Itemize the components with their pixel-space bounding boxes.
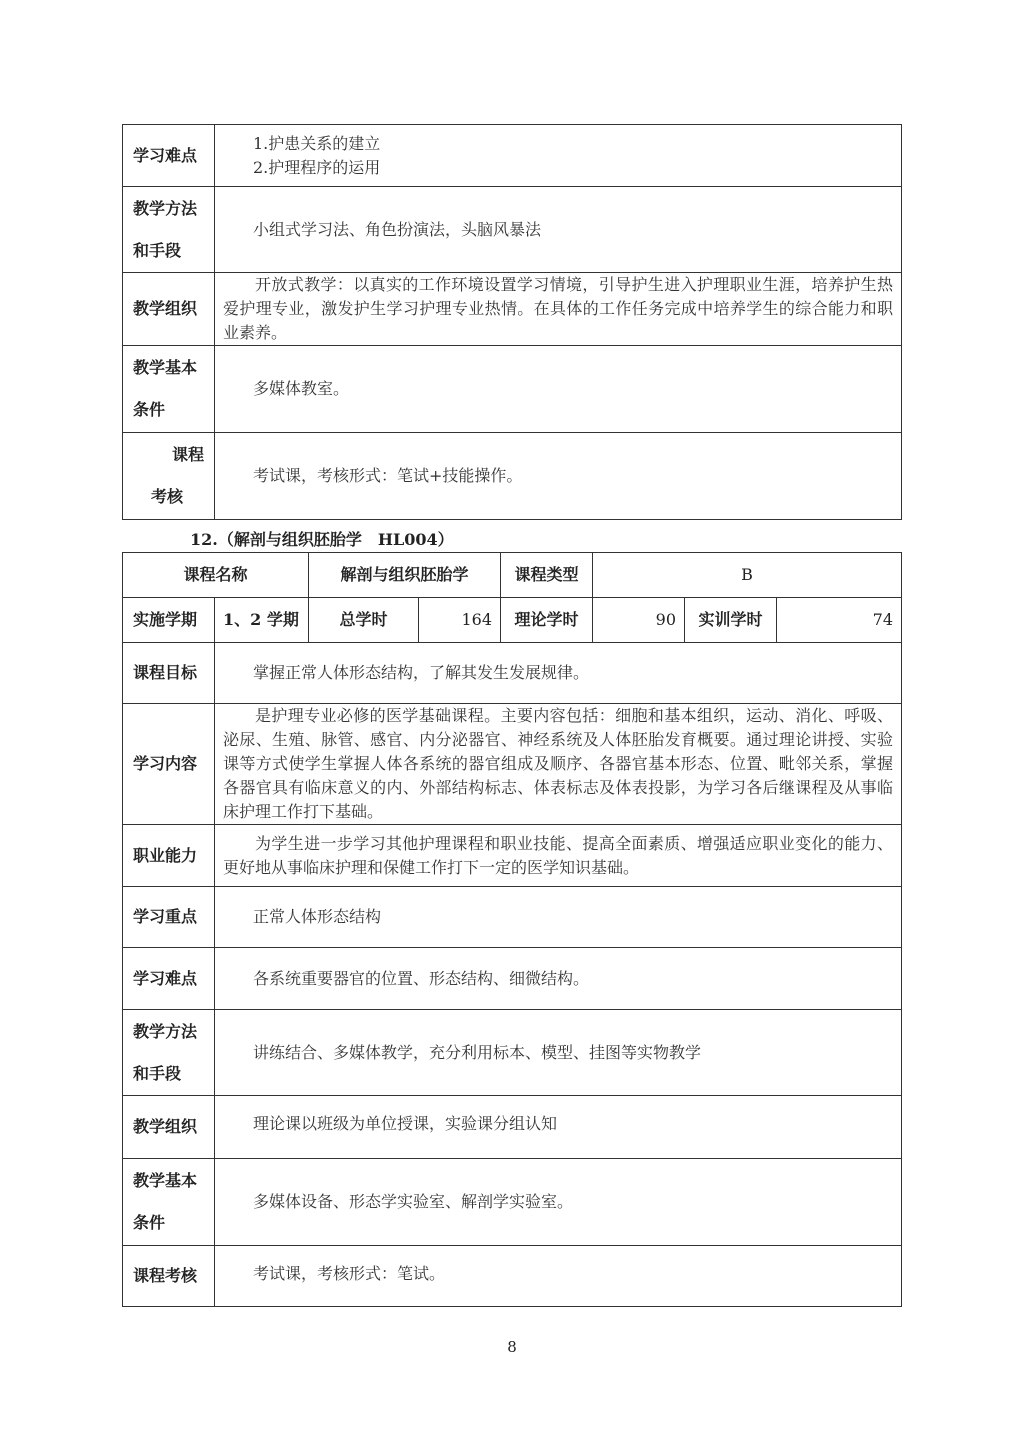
table-row: 教学基本 条件 多媒体教室。 (123, 346, 902, 433)
row-label: 课程 考核 (123, 433, 215, 520)
row-label: 教学基本 条件 (123, 1159, 215, 1246)
semester-value: 1、2 学期 (215, 598, 309, 643)
row-content: 考试课，考核形式：笔试+技能操作。 (215, 433, 902, 520)
course-type-label: 课程类型 (501, 553, 593, 598)
row-content: 1.护患关系的建立 2.护理程序的运用 (215, 125, 902, 187)
row-content: 正常人体形态结构 (215, 887, 902, 948)
row-content: 小组式学习法、角色扮演法，头脑风暴法 (215, 187, 902, 273)
table-row: 教学组织 理论课以班级为单位授课，实验课分组认知 (123, 1096, 902, 1159)
row-label: 课程目标 (123, 643, 215, 704)
row-content: 多媒体设备、形态学实验室、解剖学实验室。 (215, 1159, 902, 1246)
course-table-previous: 学习难点 1.护患关系的建立 2.护理程序的运用 教学方法 和手段 小组式学习法… (122, 124, 902, 520)
table-row: 职业能力 为学生进一步学习其他护理课程和职业技能、提高全面素质、增强适应职业变化… (123, 825, 902, 887)
row-content: 多媒体教室。 (215, 346, 902, 433)
row-label: 学习重点 (123, 887, 215, 948)
table-row: 学习重点 正常人体形态结构 (123, 887, 902, 948)
table-row-header: 课程名称 解剖与组织胚胎学 课程类型 B (123, 553, 902, 598)
row-label: 教学组织 (123, 273, 215, 346)
row-content: 各系统重要器官的位置、形态结构、细微结构。 (215, 948, 902, 1010)
table-row: 课程 考核 考试课，考核形式：笔试+技能操作。 (123, 433, 902, 520)
practice-hours-label: 实训学时 (685, 598, 777, 643)
total-hours-value: 164 (419, 598, 501, 643)
theory-hours-label: 理论学时 (501, 598, 593, 643)
row-label: 课程考核 (123, 1246, 215, 1307)
table-row: 教学方法 和手段 小组式学习法、角色扮演法，头脑风暴法 (123, 187, 902, 273)
row-content: 掌握正常人体形态结构，了解其发生发展规律。 (215, 643, 902, 704)
table-row: 教学组织 开放式教学：以真实的工作环境设置学习情境，引导护生进入护理职业生涯，培… (123, 273, 902, 346)
row-label: 教学组织 (123, 1096, 215, 1159)
table-row: 学习难点 1.护患关系的建立 2.护理程序的运用 (123, 125, 902, 187)
table-row: 教学基本 条件 多媒体设备、形态学实验室、解剖学实验室。 (123, 1159, 902, 1246)
theory-hours-value: 90 (593, 598, 685, 643)
row-label: 教学基本 条件 (123, 346, 215, 433)
course-table-anatomy: 课程名称 解剖与组织胚胎学 课程类型 B 实施学期 1、2 学期 总学时 164… (122, 552, 902, 1307)
row-content: 讲练结合、多媒体教学，充分利用标本、模型、挂图等实物教学 (215, 1010, 902, 1096)
row-label: 学习难点 (123, 948, 215, 1010)
table-row: 学习难点 各系统重要器官的位置、形态结构、细微结构。 (123, 948, 902, 1010)
page-number: 8 (0, 1338, 1024, 1356)
row-content: 考试课，考核形式：笔试。 (215, 1246, 902, 1307)
table-row: 学习内容 是护理专业必修的医学基础课程。主要内容包括：细胞和基本组织，运动、消化… (123, 704, 902, 825)
table-row: 教学方法 和手段 讲练结合、多媒体教学，充分利用标本、模型、挂图等实物教学 (123, 1010, 902, 1096)
section-heading: 12.（解剖与组织胚胎学 HL004） (190, 527, 454, 550)
course-name-label: 课程名称 (123, 553, 309, 598)
course-type-value: B (593, 553, 902, 598)
row-label: 教学方法 和手段 (123, 1010, 215, 1096)
table-row-hours: 实施学期 1、2 学期 总学时 164 理论学时 90 实训学时 74 (123, 598, 902, 643)
table-row: 课程考核 考试课，考核形式：笔试。 (123, 1246, 902, 1307)
course-name-value: 解剖与组织胚胎学 (309, 553, 501, 598)
row-label: 学习内容 (123, 704, 215, 825)
row-label: 学习难点 (123, 125, 215, 187)
practice-hours-value: 74 (777, 598, 902, 643)
semester-label: 实施学期 (123, 598, 215, 643)
row-content: 是护理专业必修的医学基础课程。主要内容包括：细胞和基本组织，运动、消化、呼吸、泌… (215, 704, 902, 825)
list-item: 2.护理程序的运用 (253, 156, 893, 180)
list-item: 1.护患关系的建立 (253, 132, 893, 156)
row-label: 教学方法 和手段 (123, 187, 215, 273)
table-row: 课程目标 掌握正常人体形态结构，了解其发生发展规律。 (123, 643, 902, 704)
total-hours-label: 总学时 (309, 598, 419, 643)
row-content: 为学生进一步学习其他护理课程和职业技能、提高全面素质、增强适应职业变化的能力、更… (215, 825, 902, 887)
row-label: 职业能力 (123, 825, 215, 887)
row-content: 开放式教学：以真实的工作环境设置学习情境，引导护生进入护理职业生涯，培养护生热爱… (215, 273, 902, 346)
row-content: 理论课以班级为单位授课，实验课分组认知 (215, 1096, 902, 1159)
